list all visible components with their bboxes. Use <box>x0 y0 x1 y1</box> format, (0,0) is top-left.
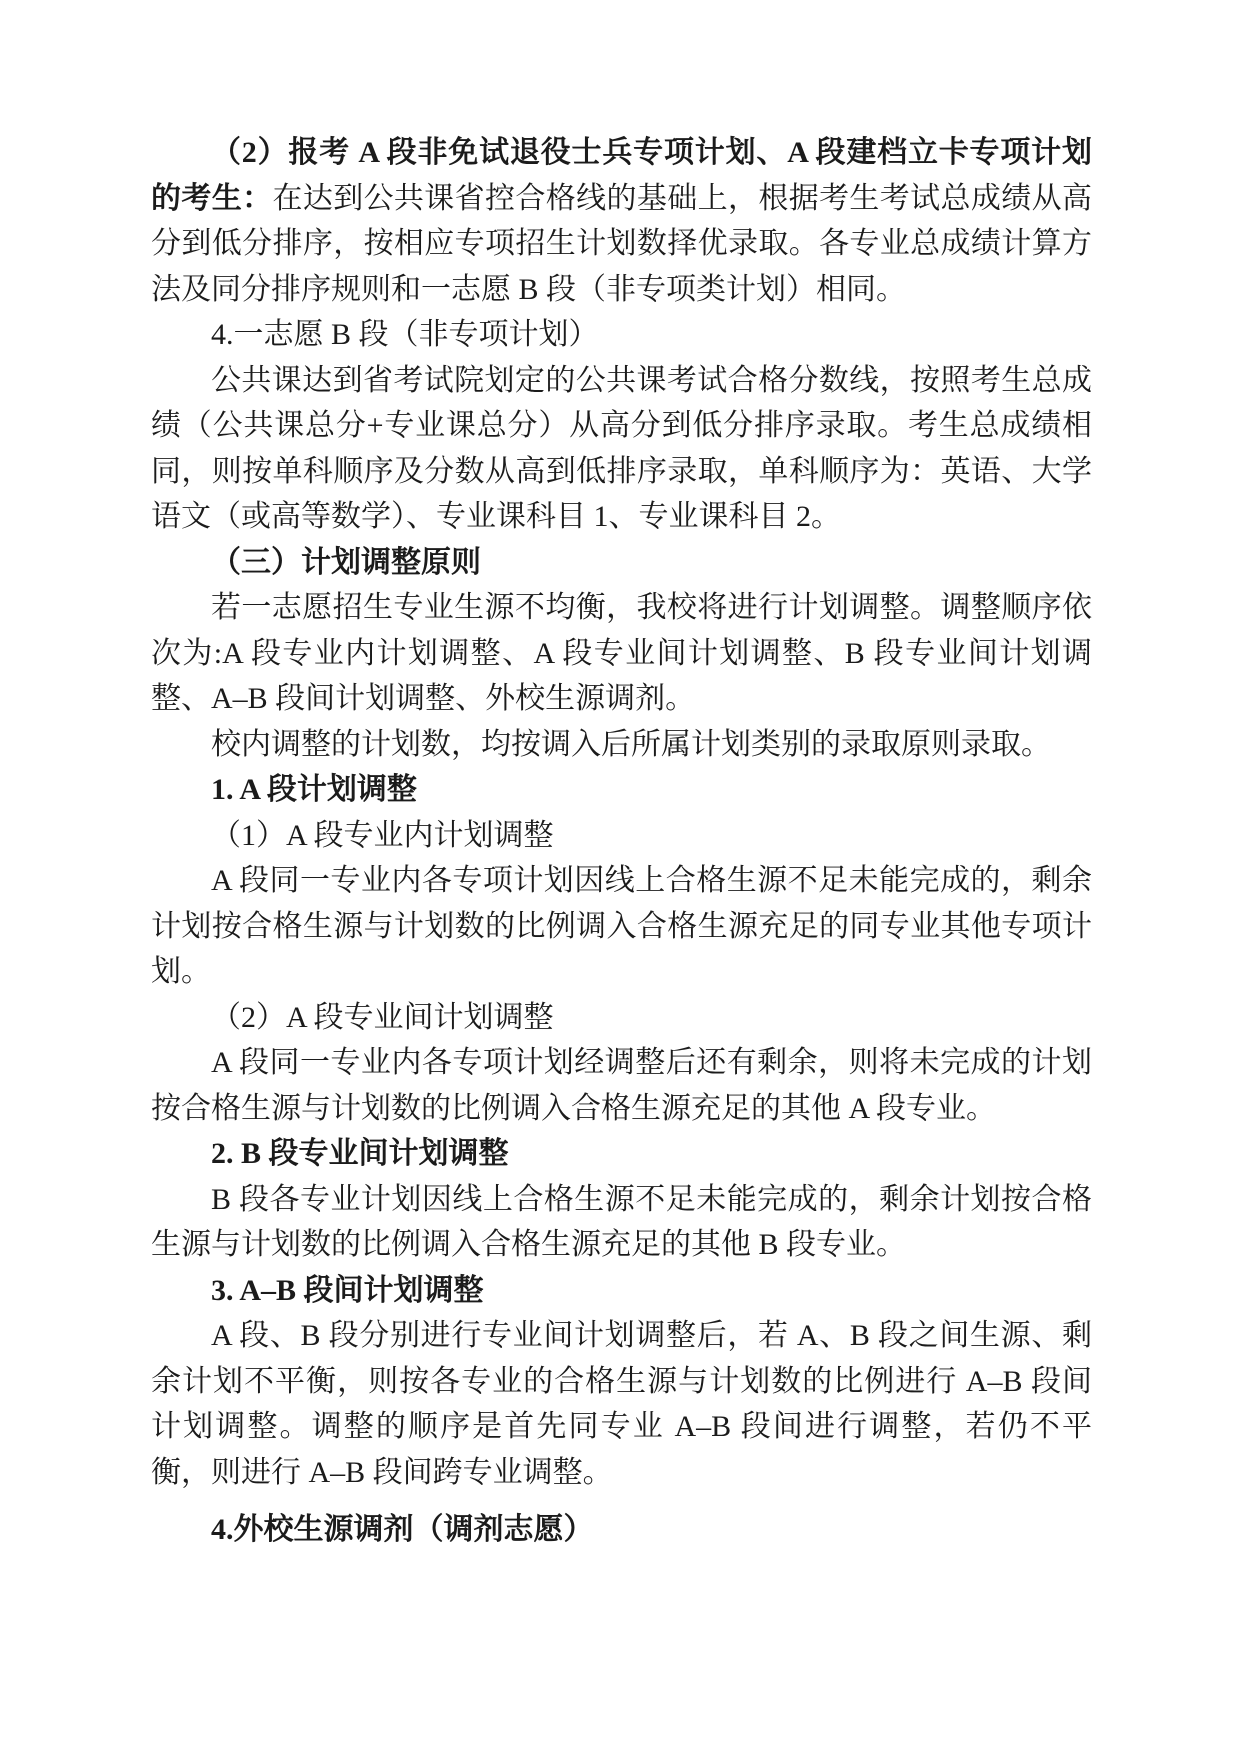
para-special-plan-admission-text: 在达到公共课省控合格线的基础上，根据考生考试总成绩从高分到低分排序，按相应专项招… <box>151 182 1092 306</box>
para-adjustment-order: 若一志愿招生专业生源不均衡，我校将进行计划调整。调整顺序依次为:A 段专业内计划… <box>151 585 1092 722</box>
para-b-between-majors-detail-text: B 段各专业计划因线上合格生源不足未能完成的，剩余计划按合格生源与计划数的比例调… <box>151 1183 1092 1262</box>
subheading-a-between-majors-text: （2）A 段专业间计划调整 <box>211 1001 554 1034</box>
subheading-a-between-majors: （2）A 段专业间计划调整 <box>151 995 1092 1041</box>
para-a-between-majors-detail-text: A 段同一专业内各专项计划经调整后还有剩余，则将未完成的计划按合格生源与计划数的… <box>151 1046 1092 1125</box>
heading-first-choice-b-section-text: 4.一志愿 B 段（非专项计划） <box>211 318 599 351</box>
para-a-within-major-detail: A 段同一专业内各专项计划因线上合格生源不足未能完成的，剩余计划按合格生源与计划… <box>151 858 1092 995</box>
heading-external-source-adjustment-text: 4.外校生源调剂（调剂志愿） <box>211 1513 594 1546</box>
para-ab-adjustment-detail-text: A 段、B 段分别进行专业间计划调整后，若 A、B 段之间生源、剩余计划不平衡，… <box>151 1319 1092 1489</box>
para-internal-adjustment-rule-text: 校内调整的计划数，均按调入后所属计划类别的录取原则录取。 <box>211 728 1051 761</box>
para-b-section-admission-rule-text: 公共课达到省考试院划定的公共课考试合格分数线，按照考生总成绩（公共课总分+专业课… <box>151 364 1092 534</box>
subheading-a-within-major: （1）A 段专业内计划调整 <box>151 813 1092 859</box>
heading-b-between-majors: 2. B 段专业间计划调整 <box>151 1131 1092 1177</box>
para-internal-adjustment-rule: 校内调整的计划数，均按调入后所属计划类别的录取原则录取。 <box>151 722 1092 768</box>
heading-b-between-majors-text: 2. B 段专业间计划调整 <box>211 1137 509 1170</box>
heading-a-section-plan-adjustment-text: 1. A 段计划调整 <box>211 773 417 806</box>
heading-a-section-plan-adjustment: 1. A 段计划调整 <box>151 767 1092 813</box>
heading-plan-adjustment-principles-text: （三）计划调整原则 <box>211 546 481 579</box>
para-ab-adjustment-detail: A 段、B 段分别进行专业间计划调整后，若 A、B 段之间生源、剩余计划不平衡，… <box>151 1313 1092 1495</box>
para-a-within-major-detail-text: A 段同一专业内各专项计划因线上合格生源不足未能完成的，剩余计划按合格生源与计划… <box>151 864 1092 988</box>
para-a-between-majors-detail: A 段同一专业内各专项计划经调整后还有剩余，则将未完成的计划按合格生源与计划数的… <box>151 1040 1092 1131</box>
para-b-section-admission-rule: 公共课达到省考试院划定的公共课考试合格分数线，按照考生总成绩（公共课总分+专业课… <box>151 358 1092 540</box>
heading-first-choice-b-section: 4.一志愿 B 段（非专项计划） <box>151 312 1092 358</box>
document-body: （2）报考 A 段非免试退役士兵专项计划、A 段建档立卡专项计划的考生：在达到公… <box>151 130 1092 1553</box>
document-page: （2）报考 A 段非免试退役士兵专项计划、A 段建档立卡专项计划的考生：在达到公… <box>0 0 1241 1754</box>
heading-ab-between-sections-text: 3. A–B 段间计划调整 <box>211 1274 484 1307</box>
heading-external-source-adjustment: 4.外校生源调剂（调剂志愿） <box>151 1507 1092 1553</box>
heading-ab-between-sections: 3. A–B 段间计划调整 <box>151 1268 1092 1314</box>
para-b-between-majors-detail: B 段各专业计划因线上合格生源不足未能完成的，剩余计划按合格生源与计划数的比例调… <box>151 1177 1092 1268</box>
subheading-a-within-major-text: （1）A 段专业内计划调整 <box>211 819 554 852</box>
heading-plan-adjustment-principles: （三）计划调整原则 <box>151 540 1092 586</box>
para-adjustment-order-text: 若一志愿招生专业生源不均衡，我校将进行计划调整。调整顺序依次为:A 段专业内计划… <box>151 591 1092 715</box>
para-special-plan-admission: （2）报考 A 段非免试退役士兵专项计划、A 段建档立卡专项计划的考生：在达到公… <box>151 130 1092 312</box>
